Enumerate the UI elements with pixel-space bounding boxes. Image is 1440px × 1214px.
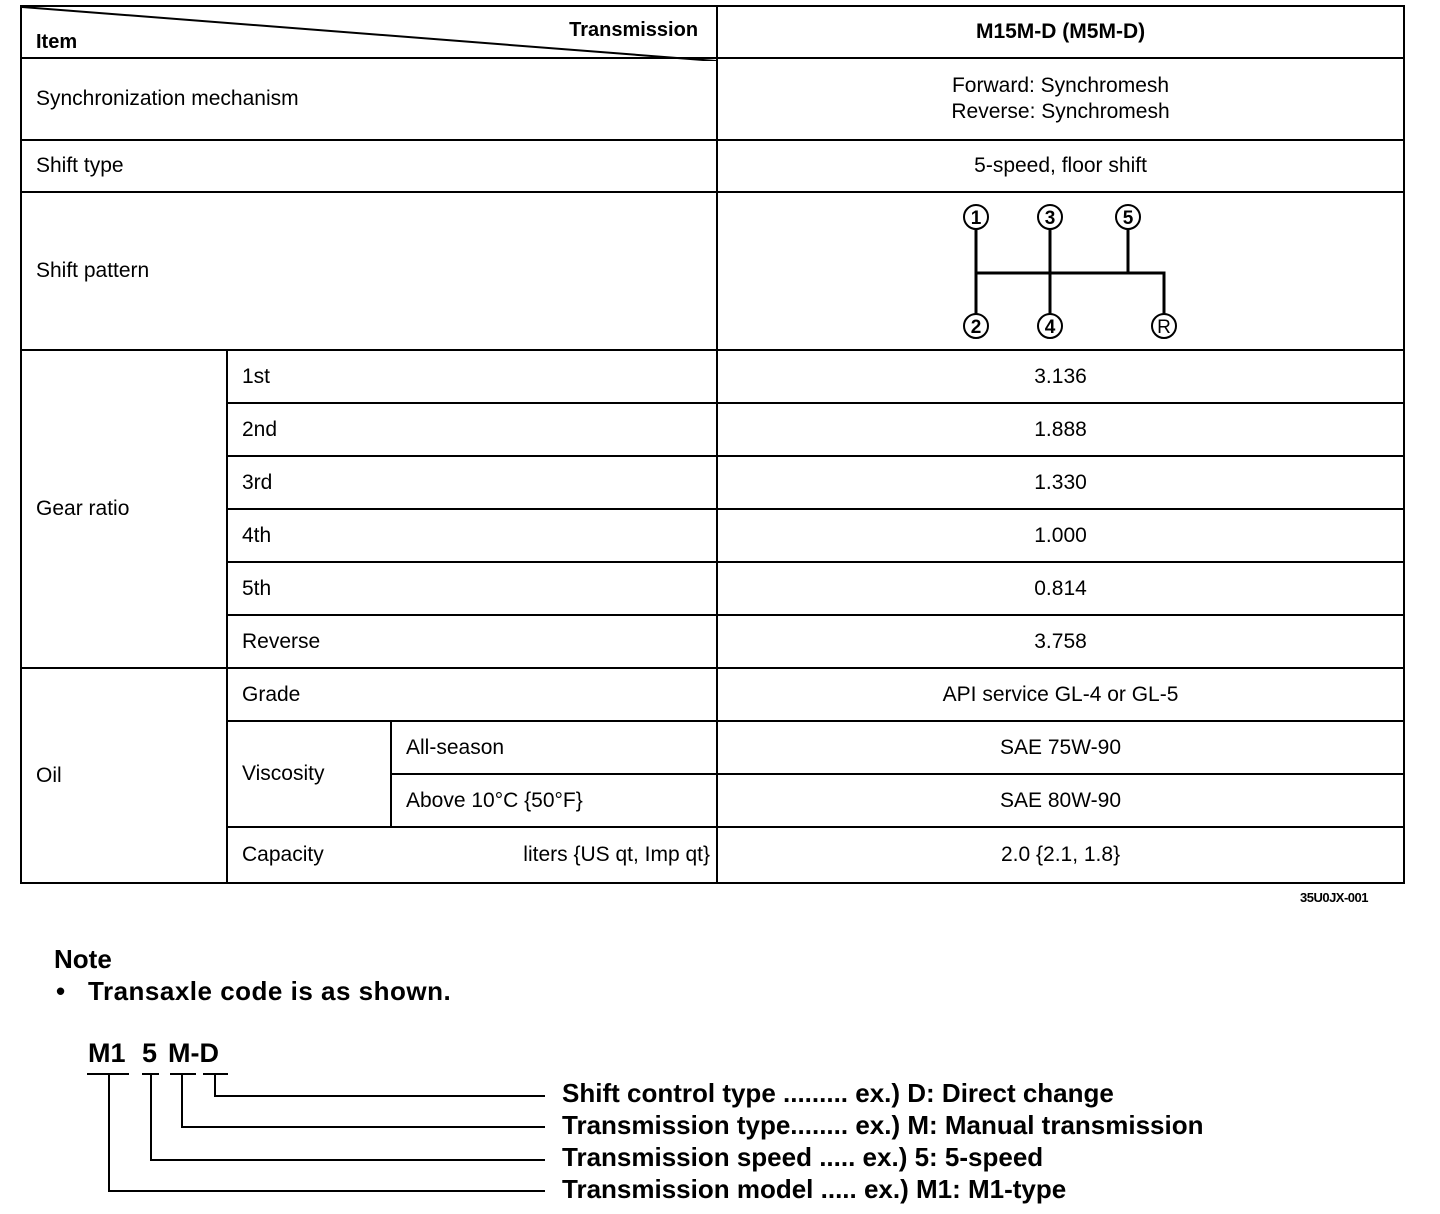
gear-ratio-label: Gear ratio [21,350,227,668]
shift-pattern-diagram: 13524R [953,193,1183,349]
model-header: M15M-D (M5M-D) [717,6,1404,58]
code-label-transmission-speed: Transmission speed ..... ex.) 5: 5-speed [562,1142,1043,1173]
capacity-cell: Capacity liters {US qt, Imp qt} [227,827,717,883]
svg-text:5: 5 [1123,208,1134,229]
note-title: Note [54,944,112,975]
gear-R-icon: R [1152,314,1176,338]
gear-5-icon: 5 [1116,205,1140,229]
svg-text:R: R [1157,317,1171,338]
gear-label: 1st [227,350,717,403]
specification-table: Item Transmission M15M-D (M5M-D) Synchro… [20,5,1405,884]
bullet-icon: • [56,976,88,1007]
code-leader-lines [0,1030,560,1214]
sync-label: Synchronization mechanism [21,58,717,140]
table-row: 2nd 1.888 [21,403,1404,456]
gear-label: Reverse [227,615,717,668]
table-row: Oil Grade API service GL-4 or GL-5 [21,668,1404,721]
gear-label: 2nd [227,403,717,456]
table-row: 5th 0.814 [21,562,1404,615]
item-header: Item [36,29,77,55]
table-row: Capacity liters {US qt, Imp qt} 2.0 {2.1… [21,827,1404,883]
svg-text:4: 4 [1045,317,1056,338]
gear-label: 3rd [227,456,717,509]
table-row: Viscosity All-season SAE 75W-90 [21,721,1404,774]
note-bullet-item: •Transaxle code is as shown. [56,976,451,1007]
capacity-unit: liters {US qt, Imp qt} [523,842,710,868]
header-row: Item Transmission M15M-D (M5M-D) [21,6,1404,58]
gear-label: 5th [227,562,717,615]
gear-value: 1.888 [717,403,1404,456]
table-row: 3rd 1.330 [21,456,1404,509]
table-row: Shift type 5-speed, floor shift [21,140,1404,192]
table-row: Shift pattern 13524R [21,192,1404,350]
shift-pattern-label: Shift pattern [21,192,717,350]
shift-type-label: Shift type [21,140,717,192]
gear-value: 3.758 [717,615,1404,668]
code-label-shift-control: Shift control type ......... ex.) D: Dir… [562,1078,1114,1109]
viscosity-label: Viscosity [227,721,391,827]
capacity-value: 2.0 {2.1, 1.8} [717,827,1404,883]
gear-value: 1.330 [717,456,1404,509]
gear-value: 1.000 [717,509,1404,562]
gear-4-icon: 4 [1038,314,1062,338]
shift-type-value: 5-speed, floor shift [717,140,1404,192]
table-row: Gear ratio 1st 3.136 [21,350,1404,403]
grade-label: Grade [227,668,717,721]
code-label-transmission-type: Transmission type........ ex.) M: Manual… [562,1110,1204,1141]
svg-text:1: 1 [971,208,982,229]
header-diagonal-cell: Item Transmission [21,6,717,58]
sync-value: Forward: Synchromesh Reverse: Synchromes… [717,58,1404,140]
oil-label: Oil [21,668,227,883]
table-row: Synchronization mechanism Forward: Synch… [21,58,1404,140]
gear-1-icon: 1 [964,205,988,229]
above-temp-label: Above 10°C {50°F} [391,774,717,827]
transmission-header: Transmission [569,17,698,43]
gear-2-icon: 2 [964,314,988,338]
gear-3-icon: 3 [1038,205,1062,229]
shift-pattern-value: 13524R [717,192,1404,350]
svg-text:2: 2 [971,317,982,338]
above-temp-value: SAE 80W-90 [717,774,1404,827]
gear-label: 4th [227,509,717,562]
svg-text:3: 3 [1045,208,1056,229]
note-text: Transaxle code is as shown. [88,976,451,1006]
all-season-label: All-season [391,721,717,774]
gear-value: 0.814 [717,562,1404,615]
sync-reverse: Reverse: Synchromesh [718,99,1403,125]
grade-value: API service GL-4 or GL-5 [717,668,1404,721]
sync-forward: Forward: Synchromesh [718,73,1403,99]
figure-code: 35U0JX-001 [1300,890,1368,905]
table-row: Reverse 3.758 [21,615,1404,668]
all-season-value: SAE 75W-90 [717,721,1404,774]
table-row: 4th 1.000 [21,509,1404,562]
gear-value: 3.136 [717,350,1404,403]
code-label-transmission-model: Transmission model ..... ex.) M1: M1-typ… [562,1174,1066,1205]
capacity-label: Capacity [242,842,324,868]
